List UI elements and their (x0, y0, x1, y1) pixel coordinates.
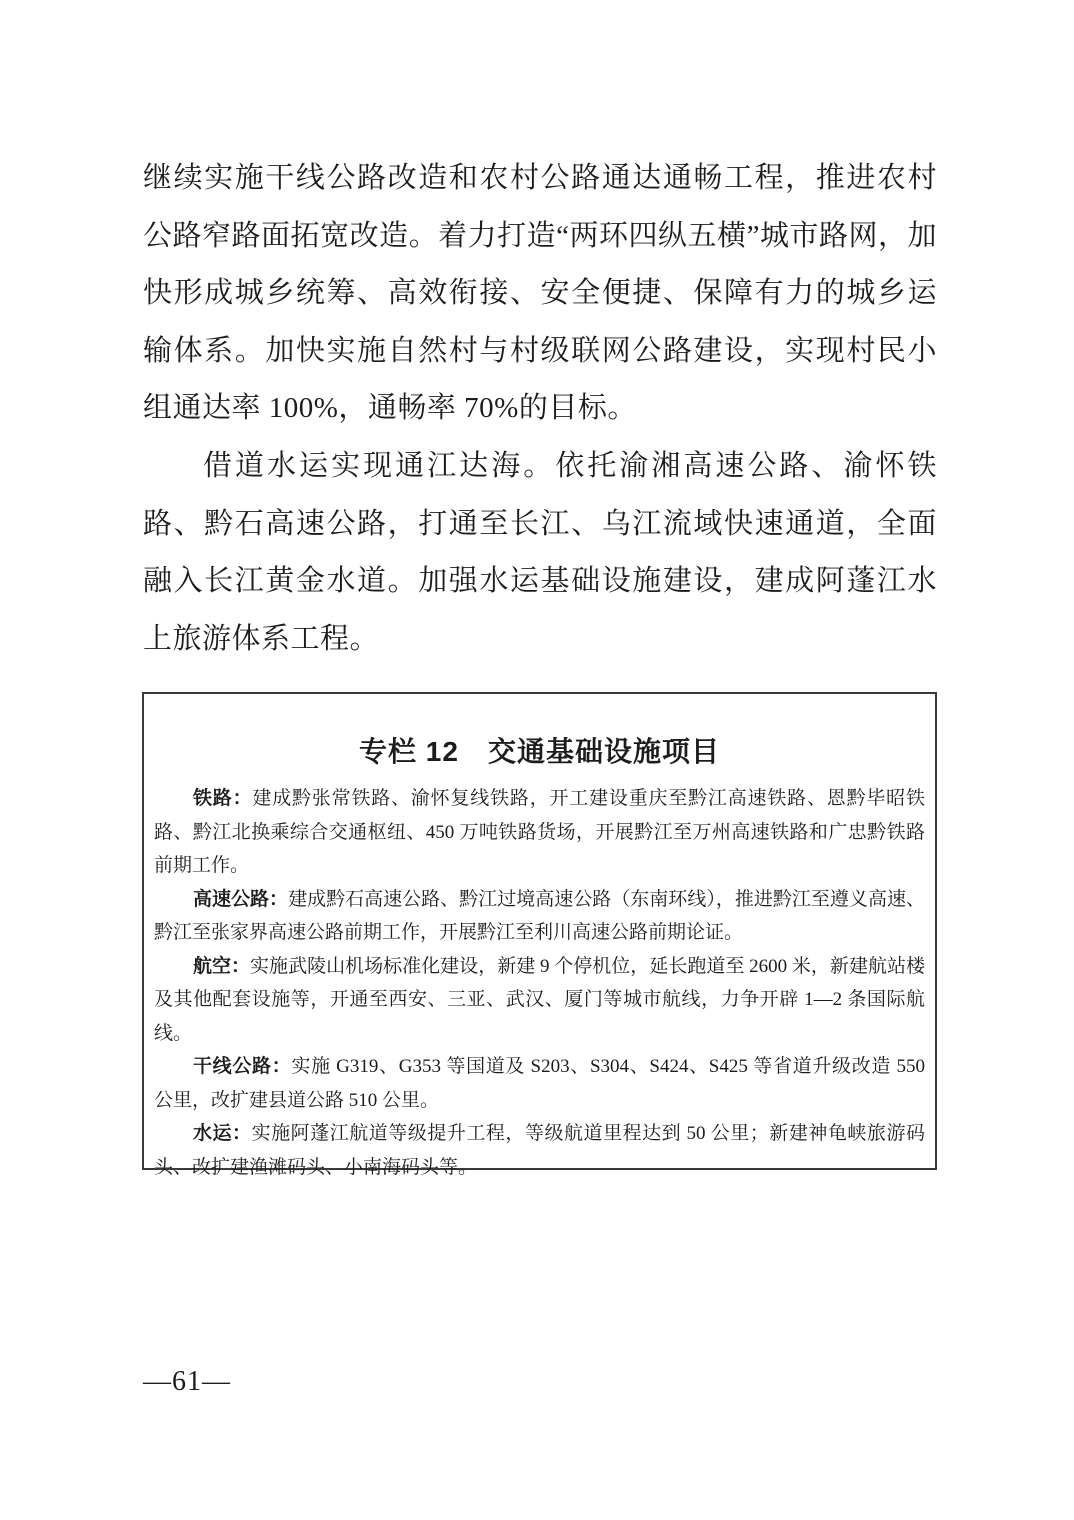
box-item-aviation-text: 实施武陵山机场标准化建设，新建 9 个停机位，延长跑道至 2600 米，新建航站… (154, 956, 925, 1044)
box-item-trunk-roads-label: 干线公路： (193, 1056, 291, 1077)
paragraph-rural-road-improvement: 继续实施干线公路改造和农村公路通达通畅工程，推进农村公路窄路面拓宽改造。着力打造… (143, 150, 937, 438)
infrastructure-projects-box: 专栏 12 交通基础设施项目 铁路：建成黔张常铁路、渝怀复线铁路，开工建设重庆至… (142, 692, 937, 1170)
box-item-railway: 铁路：建成黔张常铁路、渝怀复线铁路，开工建设重庆至黔江高速铁路、恩黔毕昭铁路、黔… (154, 782, 925, 883)
document-page: 继续实施干线公路改造和农村公路通达通畅工程，推进农村公路窄路面拓宽改造。着力打造… (0, 0, 1074, 1520)
box-item-aviation-label: 航空： (193, 956, 250, 977)
paragraph-water-transport-access: 借道水运实现通江达海。依托渝湘高速公路、渝怀铁路、黔石高速公路，打通至长江、乌江… (143, 438, 937, 668)
box-title: 专栏 12 交通基础设施项目 (154, 730, 925, 770)
page-number: —61— (143, 1366, 231, 1398)
box-item-water-transport-label: 水运： (193, 1123, 252, 1144)
box-item-railway-label: 铁路： (193, 788, 252, 809)
box-item-trunk-roads: 干线公路：实施 G319、G353 等国道及 S203、S304、S424、S4… (154, 1050, 925, 1117)
box-item-expressway-label: 高速公路： (193, 889, 288, 910)
box-item-expressway: 高速公路：建成黔石高速公路、黔江过境高速公路（东南环线），推进黔江至遵义高速、黔… (154, 883, 925, 950)
body-text: 继续实施干线公路改造和农村公路通达通畅工程，推进农村公路窄路面拓宽改造。着力打造… (143, 150, 937, 668)
box-item-aviation: 航空：实施武陵山机场标准化建设，新建 9 个停机位，延长跑道至 2600 米，新… (154, 950, 925, 1051)
box-item-railway-text: 建成黔张常铁路、渝怀复线铁路，开工建设重庆至黔江高速铁路、恩黔毕昭铁路、黔江北换… (154, 788, 925, 876)
box-item-water-transport: 水运：实施阿蓬江航道等级提升工程，等级航道里程达到 50 公里；新建神龟峡旅游码… (154, 1117, 925, 1184)
box-item-water-transport-text: 实施阿蓬江航道等级提升工程，等级航道里程达到 50 公里；新建神龟峡旅游码头、改… (154, 1123, 925, 1178)
